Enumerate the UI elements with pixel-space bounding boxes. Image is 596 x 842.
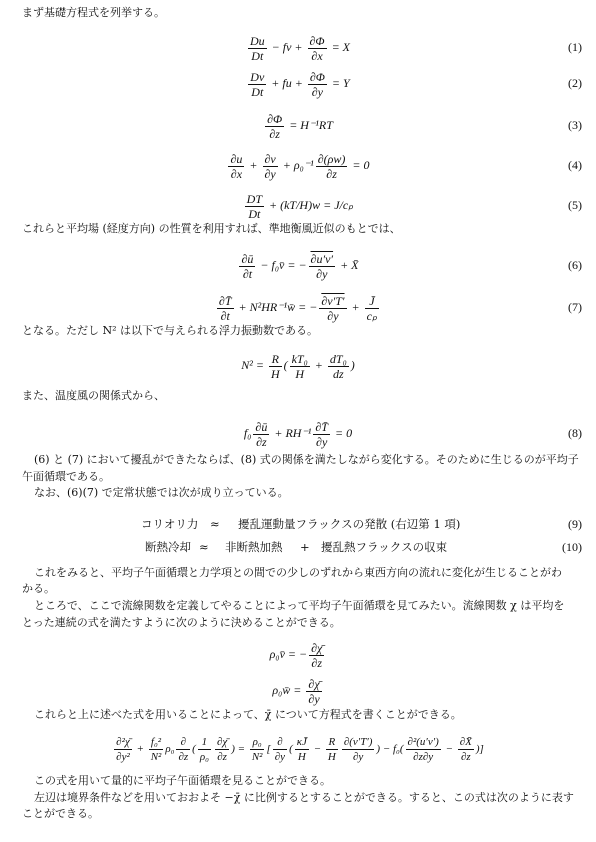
equation-5: DTDt + (kT/H)w = J/cₚ (5) — [0, 185, 596, 225]
equation-number: (5) — [568, 185, 582, 225]
intro-text: まず基礎方程式を列挙する。 — [22, 4, 574, 21]
text-paragraph: (6) と (7) において擾乱ができたならば、(8) 式の関係を満たしながら変… — [34, 451, 579, 468]
equation-4: ∂u∂x + ∂v∂y + ρ₀⁻¹∂(ρw)∂z = 0 (4) — [0, 145, 596, 185]
text-paragraph: これらと上に述べた式を用いることによって、χ̄ について方程式を書くことができる… — [34, 706, 586, 723]
equation-buoyancy-frequency: N² = RH(kT₀H + dT₀dz) — [0, 345, 596, 385]
equation-7: ∂T̄∂t + N²HR⁻¹w̄ = −∂v′T′∂y + J̄cₚ (7) — [0, 287, 596, 327]
equation-6: ∂ū∂t − f₀v̄ = −∂u′v′∂y + X̄ (6) — [0, 245, 596, 285]
equation-streamfunction-chi: ∂²χ̄∂y² + f₀²N²ρ₀∂∂z(1ρ₀∂χ̄∂z) = ρ₀N²[∂∂… — [0, 729, 596, 769]
equation-number: (2) — [568, 63, 582, 103]
text-paragraph: また、温度風の関係式から、 — [22, 387, 574, 404]
text-paragraph: ところで、ここで流線関数を定義してやることによって平均子午面循環を見てみたい。流… — [34, 597, 579, 614]
equation-streamfunction-w: ρ₀w̄ = ∂χ̄∂y — [0, 670, 596, 710]
equation-9: コリオリ力 ≈ 擾乱運動量フラックスの発散 (右辺第 1 項) (9) — [0, 514, 596, 534]
equation-streamfunction-v: ρ₀v̄ = −∂χ̄∂z — [0, 634, 596, 674]
equation-number: (6) — [568, 245, 582, 285]
text-paragraph: なお、(6)(7) で定常状態では次が成り立っている。 — [34, 484, 586, 501]
equation-8: f₀∂ū∂z + RH⁻¹∂T̄∂y = 0 (8) — [0, 413, 596, 453]
equation-10: 断熱冷却 ≈ 非断熱加熱 + 擾乱熱フラックスの収束 (10) — [0, 537, 596, 557]
text-paragraph: これらと平均場 (経度方向) の性質を利用すれば、準地衡風近似のもとでは、 — [22, 220, 574, 237]
text-paragraph: となる。ただし N² は以下で与えられる浮力振動数である。 — [22, 322, 574, 339]
text-paragraph: 午面循環である。 — [22, 468, 574, 485]
text-paragraph: とった連続の式を満たすように次のように決めることができる。 — [22, 614, 574, 631]
equation-number: (8) — [568, 413, 582, 453]
equation-number: (7) — [568, 287, 582, 327]
equation-number: (1) — [568, 27, 582, 67]
text-paragraph: かる。 — [22, 580, 574, 597]
equation-number: (4) — [568, 145, 582, 185]
equation-3: ∂Φ∂z = H⁻¹RT (3) — [0, 105, 596, 145]
equation-2: DvDt + fu + ∂Φ∂y = Y (2) — [0, 63, 596, 103]
text-paragraph: これをみると、平均子午面循環と力学項との間での少しのずれから東西方向の流れに変化… — [34, 564, 579, 581]
equation-number: (3) — [568, 105, 582, 145]
text-paragraph: 左辺は境界条件などを用いておおよそ −χ̄ に比例するとすることができる。すると… — [34, 789, 579, 806]
equation-number: (10) — [562, 537, 582, 557]
equation-1: DuDt − fv + ∂Φ∂x = X (1) — [0, 27, 596, 67]
text-paragraph: この式を用いて量的に平均子午面循環を見ることができる。 — [34, 772, 586, 789]
text-paragraph: ことができる。 — [22, 805, 574, 822]
equation-number: (9) — [568, 514, 582, 534]
